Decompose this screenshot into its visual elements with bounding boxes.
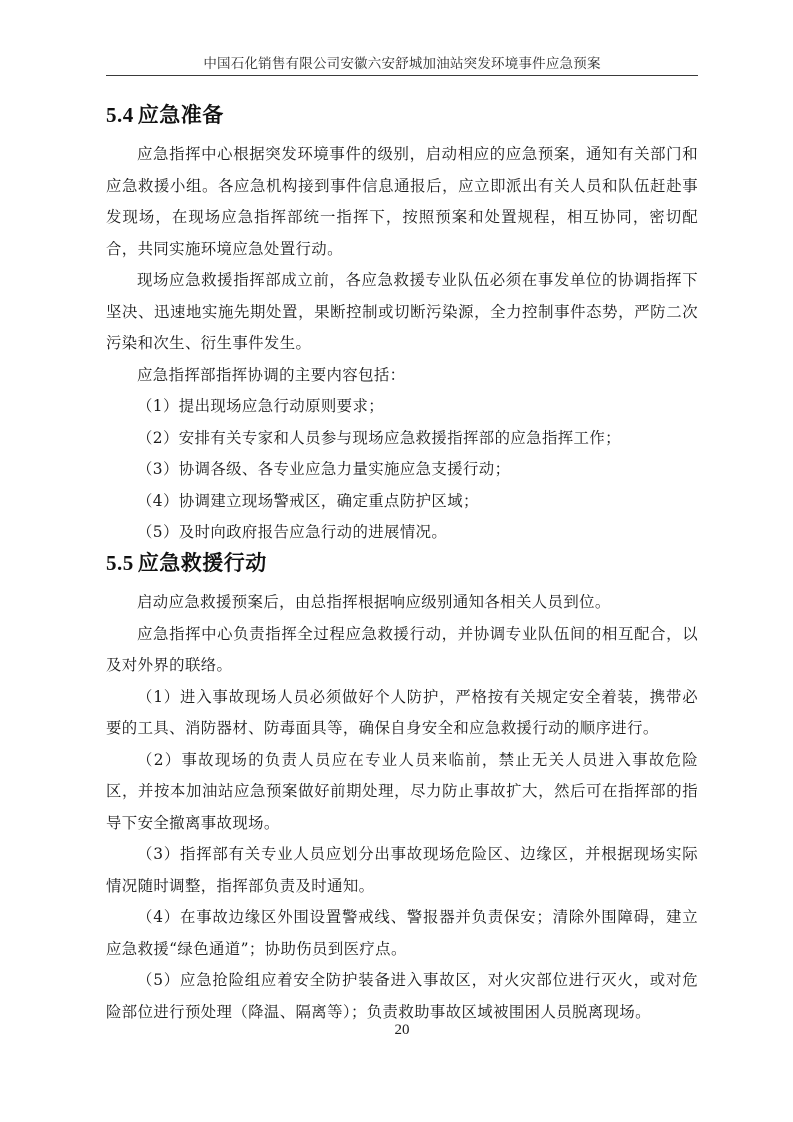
section-number: 5.4 <box>106 103 134 127</box>
paragraph: 应急指挥部指挥协调的主要内容包括： <box>106 360 698 392</box>
document-page: 中国石化销售有限公司安徽六安舒城加油站突发环境事件应急预案 5.4应急准备 应急… <box>0 0 793 1122</box>
section-body-5-4: 应急指挥中心根据突发环境事件的级别，启动相应的应急预案，通知有关部门和应急救援小… <box>106 139 698 549</box>
section-number: 5.5 <box>106 551 134 575</box>
paragraph: 应急指挥中心负责指挥全过程应急救援行动，并协调专业队伍间的相互配合，以及对外界的… <box>106 619 698 682</box>
paragraph: 现场应急救援指挥部成立前，各应急救援专业队伍必须在事发单位的协调指挥下坚决、迅速… <box>106 265 698 360</box>
paragraph: （3）指挥部有关专业人员应划分出事故现场危险区、边缘区，并根据现场实际情况随时调… <box>106 839 698 902</box>
list-item: （2）安排有关专家和人员参与现场应急救援指挥部的应急指挥工作； <box>106 423 698 455</box>
page-number: 20 <box>106 1022 698 1039</box>
section-title: 应急准备 <box>138 102 224 127</box>
header-rule <box>106 75 698 76</box>
section-body-5-5: 启动应急救援预案后，由总指挥根据响应级别通知各相关人员到位。 应急指挥中心负责指… <box>106 587 698 1028</box>
section-heading-5-5: 5.5应急救援行动 <box>106 548 267 578</box>
section-title: 应急救援行动 <box>138 550 267 575</box>
paragraph: （4）在事故边缘区外围设置警戒线、警报器并负责保安；清除外围障碍，建立应急救援“… <box>106 902 698 965</box>
list-item: （5）及时向政府报告应急行动的进展情况。 <box>106 517 698 549</box>
list-item: （4）协调建立现场警戒区，确定重点防护区域； <box>106 486 698 518</box>
paragraph: 应急指挥中心根据突发环境事件的级别，启动相应的应急预案，通知有关部门和应急救援小… <box>106 139 698 265</box>
paragraph: 启动应急救援预案后，由总指挥根据响应级别通知各相关人员到位。 <box>106 587 698 619</box>
paragraph: （5）应急抢险组应着安全防护装备进入事故区，对火灾部位进行灭火，或对危险部位进行… <box>106 965 698 1028</box>
paragraph: （2）事故现场的负责人员应在专业人员来临前，禁止无关人员进入事故危险区，并按本加… <box>106 745 698 840</box>
section-heading-5-4: 5.4应急准备 <box>106 100 224 130</box>
running-header: 中国石化销售有限公司安徽六安舒城加油站突发环境事件应急预案 <box>106 55 698 73</box>
list-item: （3）协调各级、各专业应急力量实施应急支援行动； <box>106 454 698 486</box>
paragraph: （1）进入事故现场人员必须做好个人防护，严格按有关规定安全着装，携带必要的工具、… <box>106 682 698 745</box>
list-item: （1）提出现场应急行动原则要求； <box>106 391 698 423</box>
